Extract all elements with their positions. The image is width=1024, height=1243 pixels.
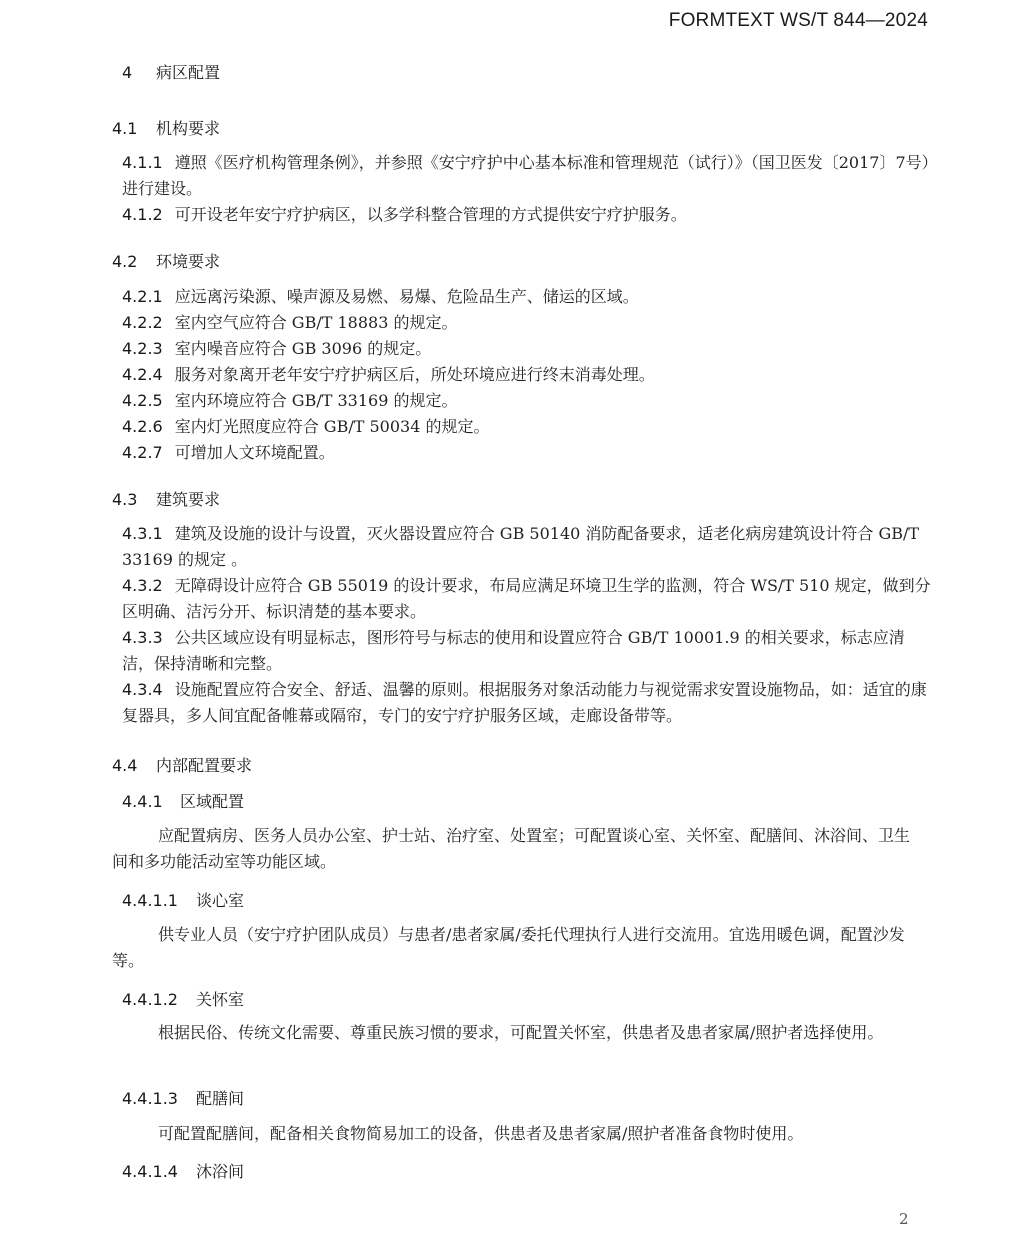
clause-text: 设施配置应符合安全、舒适、温馨的原则。根据服务对象活动能力与视觉需求安置设施物品… — [122, 680, 927, 725]
paragraph-4-4-1: 应配置病房、医务人员办公室、护士站、治疗室、处置室；可配置谈心室、关怀室、配膳间… — [112, 823, 924, 875]
subsection-title: 区域配置 — [180, 792, 244, 811]
clause-number: 4.2.6 — [122, 417, 163, 436]
clause-number: 4.2.4 — [122, 365, 163, 384]
clause-4-2-3: 4.2.3室内噪音应符合 GB 3096 的规定。 — [122, 336, 431, 362]
clause-text: 服务对象离开老年安宁疗护病区后，所处环境应进行终末消毒处理。 — [175, 365, 655, 384]
subsection-number: 4.4.1 — [122, 792, 180, 811]
clause-text: 可增加人文环境配置。 — [175, 443, 335, 462]
clause-number: 4.3.1 — [122, 524, 163, 543]
paragraph-4-4-1-2: 根据民俗、传统文化需要、尊重民族习惯的要求，可配置关怀室，供患者及患者家属/照护… — [112, 1020, 924, 1046]
section-number: 4.4 — [112, 756, 156, 775]
section-number: 4.2 — [112, 252, 156, 271]
section-4-2-heading: 4.2环境要求 — [112, 249, 220, 272]
section-4-4-heading: 4.4内部配置要求 — [112, 753, 252, 776]
clause-4-3-4: 4.3.4设施配置应符合安全、舒适、温馨的原则。根据服务对象活动能力与视觉需求安… — [122, 677, 934, 729]
clause-4-2-7: 4.2.7可增加人文环境配置。 — [122, 440, 335, 466]
subsection-4-4-1-3-heading: 4.4.1.3配膳间 — [122, 1086, 244, 1109]
section-number: 4.3 — [112, 490, 156, 509]
paragraph-4-4-1-1: 供专业人员（安宁疗护团队成员）与患者/患者家属/委托代理执行人进行交流用。宜选用… — [112, 922, 924, 974]
clause-4-3-1: 4.3.1建筑及设施的设计与设置，灭火器设置应符合 GB 50140 消防配备要… — [122, 521, 934, 573]
subsection-4-4-1-4-heading: 4.4.1.4沐浴间 — [122, 1159, 244, 1182]
subsection-4-4-1-1-heading: 4.4.1.1谈心室 — [122, 888, 244, 911]
clause-text: 遵照《医疗机构管理条例》，并参照《安宁疗护中心基本标准和管理规范（试行）》（国卫… — [122, 153, 930, 198]
clause-number: 4.2.3 — [122, 339, 163, 358]
clause-4-3-2: 4.3.2无障碍设计应符合 GB 55019 的设计要求，布局应满足环境卫生学的… — [122, 573, 934, 625]
subsection-title: 关怀室 — [196, 990, 244, 1009]
clause-text: 建筑及设施的设计与设置，灭火器设置应符合 GB 50140 消防配备要求，适老化… — [122, 524, 919, 569]
section-title: 建筑要求 — [156, 490, 220, 509]
clause-text: 应远离污染源、噪声源及易燃、易爆、危险品生产、储运的区域。 — [175, 287, 639, 306]
subsection-number: 4.4.1.1 — [122, 891, 196, 910]
clause-4-2-6: 4.2.6室内灯光照度应符合 GB/T 50034 的规定。 — [122, 414, 489, 440]
subsection-number: 4.4.1.2 — [122, 990, 196, 1009]
clause-4-1-2: 4.1.2可开设老年安宁疗护病区，以多学科整合管理的方式提供安宁疗护服务。 — [122, 202, 687, 228]
subsection-number: 4.4.1.3 — [122, 1089, 196, 1108]
page-number: 2 — [899, 1210, 909, 1228]
clause-number: 4.2.7 — [122, 443, 163, 462]
clause-text: 室内空气应符合 GB/T 18883 的规定。 — [175, 313, 458, 332]
clause-number: 4.1.2 — [122, 205, 163, 224]
section-title: 内部配置要求 — [156, 756, 252, 775]
clause-number: 4.3.4 — [122, 680, 163, 699]
clause-number: 4.3.3 — [122, 628, 163, 647]
chapter-heading: 4病区配置 — [122, 60, 220, 83]
clause-number: 4.1.1 — [122, 153, 163, 172]
clause-number: 4.2.5 — [122, 391, 163, 410]
chapter-title: 病区配置 — [156, 63, 220, 82]
clause-4-2-5: 4.2.5室内环境应符合 GB/T 33169 的规定。 — [122, 388, 457, 414]
chapter-number: 4 — [122, 63, 156, 82]
clause-4-1-1: 4.1.1遵照《医疗机构管理条例》，并参照《安宁疗护中心基本标准和管理规范（试行… — [122, 150, 934, 202]
clause-text: 公共区域应设有明显标志，图形符号与标志的使用和设置应符合 GB/T 10001.… — [122, 628, 905, 673]
section-number: 4.1 — [112, 119, 156, 138]
clause-4-2-4: 4.2.4服务对象离开老年安宁疗护病区后，所处环境应进行终末消毒处理。 — [122, 362, 655, 388]
clause-4-2-2: 4.2.2室内空气应符合 GB/T 18883 的规定。 — [122, 310, 457, 336]
clause-number: 4.2.2 — [122, 313, 163, 332]
document-code-header: FORMTEXT WS/T 844—2024 — [669, 10, 928, 32]
clause-4-3-3: 4.3.3公共区域应设有明显标志，图形符号与标志的使用和设置应符合 GB/T 1… — [122, 625, 934, 677]
section-4-1-heading: 4.1机构要求 — [112, 116, 220, 139]
section-title: 机构要求 — [156, 119, 220, 138]
clause-4-2-1: 4.2.1应远离污染源、噪声源及易燃、易爆、危险品生产、储运的区域。 — [122, 284, 639, 310]
clause-text: 室内噪音应符合 GB 3096 的规定。 — [175, 339, 432, 358]
clause-number: 4.3.2 — [122, 576, 163, 595]
section-title: 环境要求 — [156, 252, 220, 271]
paragraph-4-4-1-3: 可配置配膳间，配备相关食物简易加工的设备，供患者及患者家属/照护者准备食物时使用… — [112, 1121, 924, 1147]
subsection-title: 沐浴间 — [196, 1162, 244, 1181]
clause-text: 可开设老年安宁疗护病区，以多学科整合管理的方式提供安宁疗护服务。 — [175, 205, 687, 224]
subsection-4-4-1-heading: 4.4.1区域配置 — [122, 789, 244, 812]
subsection-number: 4.4.1.4 — [122, 1162, 196, 1181]
section-4-3-heading: 4.3建筑要求 — [112, 487, 220, 510]
clause-text: 室内灯光照度应符合 GB/T 50034 的规定。 — [175, 417, 490, 436]
clause-text: 室内环境应符合 GB/T 33169 的规定。 — [175, 391, 458, 410]
subsection-4-4-1-2-heading: 4.4.1.2关怀室 — [122, 987, 244, 1010]
subsection-title: 谈心室 — [196, 891, 244, 910]
clause-text: 无障碍设计应符合 GB 55019 的设计要求，布局应满足环境卫生学的监测，符合… — [122, 576, 931, 621]
subsection-title: 配膳间 — [196, 1089, 244, 1108]
clause-number: 4.2.1 — [122, 287, 163, 306]
